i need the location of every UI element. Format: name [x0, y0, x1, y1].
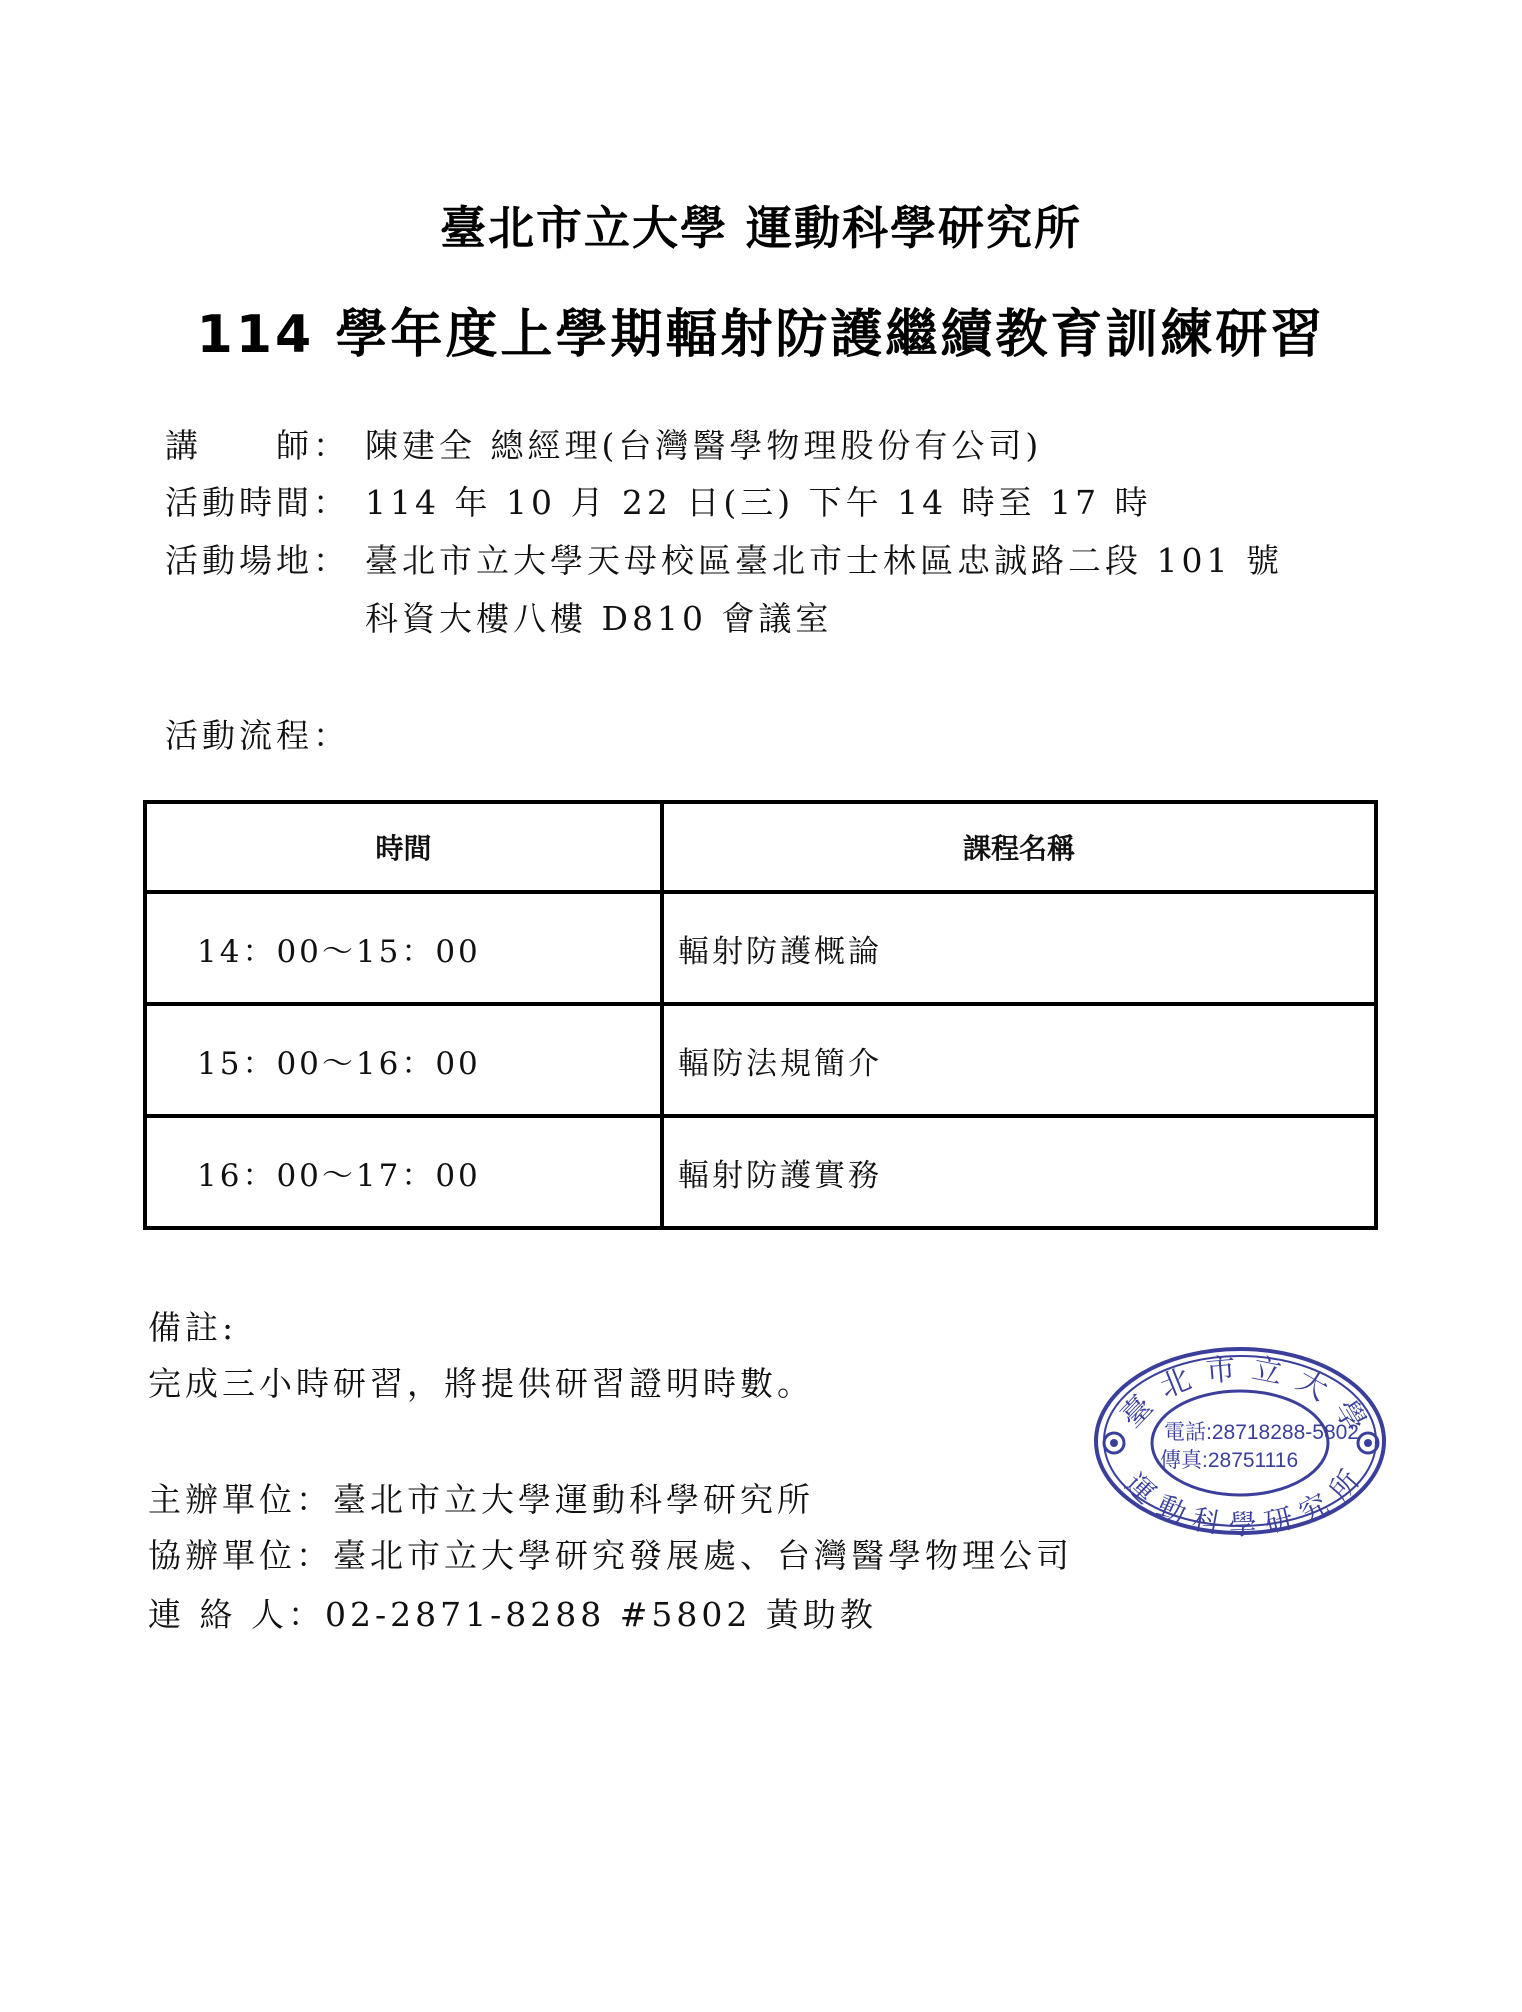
- co-organizer-value: 臺北市立大學研究發展處、台灣醫學物理公司: [333, 1536, 1073, 1575]
- venue-value: 臺北市立大學天母校區臺北市士林區忠誠路二段 101 號: [365, 541, 1283, 580]
- header-time: 時間: [145, 802, 662, 892]
- seal-icon: 臺北市立大學 運動科學研究所 電話:28718288-5802 傳真:28751…: [1090, 1343, 1390, 1539]
- co-organizer-line: 協辦單位：臺北市立大學研究發展處、台灣醫學物理公司: [148, 1536, 1073, 1576]
- host-label: 主辦單位：: [148, 1480, 333, 1519]
- time-line: 活動時間：114 年 10 月 22 日(三) 下午 14 時至 17 時: [165, 483, 1152, 523]
- time-value: 114 年 10 月 22 日(三) 下午 14 時至 17 時: [365, 483, 1152, 522]
- course-cell: 輻射防護概論: [662, 892, 1376, 1004]
- lecturer-line: 講 師：陳建全 總經理(台灣醫學物理股份有公司): [165, 426, 1042, 466]
- header-course: 課程名稱: [662, 802, 1376, 892]
- contact-value: 02-2871-8288 #5802 黃助教: [325, 1595, 877, 1634]
- lecturer-label: 講 師：: [165, 426, 365, 466]
- contact-line: 連 絡 人：02-2871-8288 #5802 黃助教: [148, 1595, 877, 1635]
- venue-line-2: 科資大樓八樓 D810 會議室: [365, 599, 832, 639]
- contact-label: 連 絡 人：: [148, 1595, 325, 1634]
- page-title-event: 114 學年度上學期輻射防護繼續教育訓練研習: [0, 292, 1522, 367]
- course-cell: 輻防法規簡介: [662, 1004, 1376, 1116]
- venue-line: 活動場地：臺北市立大學天母校區臺北市士林區忠誠路二段 101 號: [165, 541, 1283, 581]
- table-row: 14：00～15：00 輻射防護概論: [145, 892, 1376, 1004]
- venue-label: 活動場地：: [165, 541, 365, 581]
- notes-text: 完成三小時研習，將提供研習證明時數。: [148, 1364, 814, 1404]
- course-cell: 輻射防護實務: [662, 1116, 1376, 1228]
- table-row: 16：00～17：00 輻射防護實務: [145, 1116, 1376, 1228]
- time-label: 活動時間：: [165, 483, 365, 523]
- time-cell: 14：00～15：00: [145, 892, 662, 1004]
- time-cell: 15：00～16：00: [145, 1004, 662, 1116]
- host-value: 臺北市立大學運動科學研究所: [333, 1480, 814, 1519]
- schedule-table: 時間 課程名稱 14：00～15：00 輻射防護概論 15：00～16：00 輻…: [143, 800, 1378, 1230]
- notes-label: 備註:: [148, 1308, 237, 1348]
- schedule-label: 活動流程：: [165, 716, 350, 756]
- table-row: 15：00～16：00 輻防法規簡介: [145, 1004, 1376, 1116]
- seal-fax: 傳真:28751116: [1160, 1448, 1298, 1472]
- co-organizer-label: 協辦單位：: [148, 1536, 333, 1575]
- table-header-row: 時間 課程名稱: [145, 802, 1376, 892]
- time-cell: 16：00～17：00: [145, 1116, 662, 1228]
- seal-phone: 電話:28718288-5802: [1164, 1421, 1359, 1444]
- page-title-institution: 臺北市立大學 運動科學研究所: [0, 192, 1522, 258]
- host-line: 主辦單位：臺北市立大學運動科學研究所: [148, 1480, 814, 1520]
- official-seal-stamp: 臺北市立大學 運動科學研究所 電話:28718288-5802 傳真:28751…: [1090, 1343, 1390, 1539]
- lecturer-value: 陳建全 總經理(台灣醫學物理股份有公司): [365, 426, 1042, 465]
